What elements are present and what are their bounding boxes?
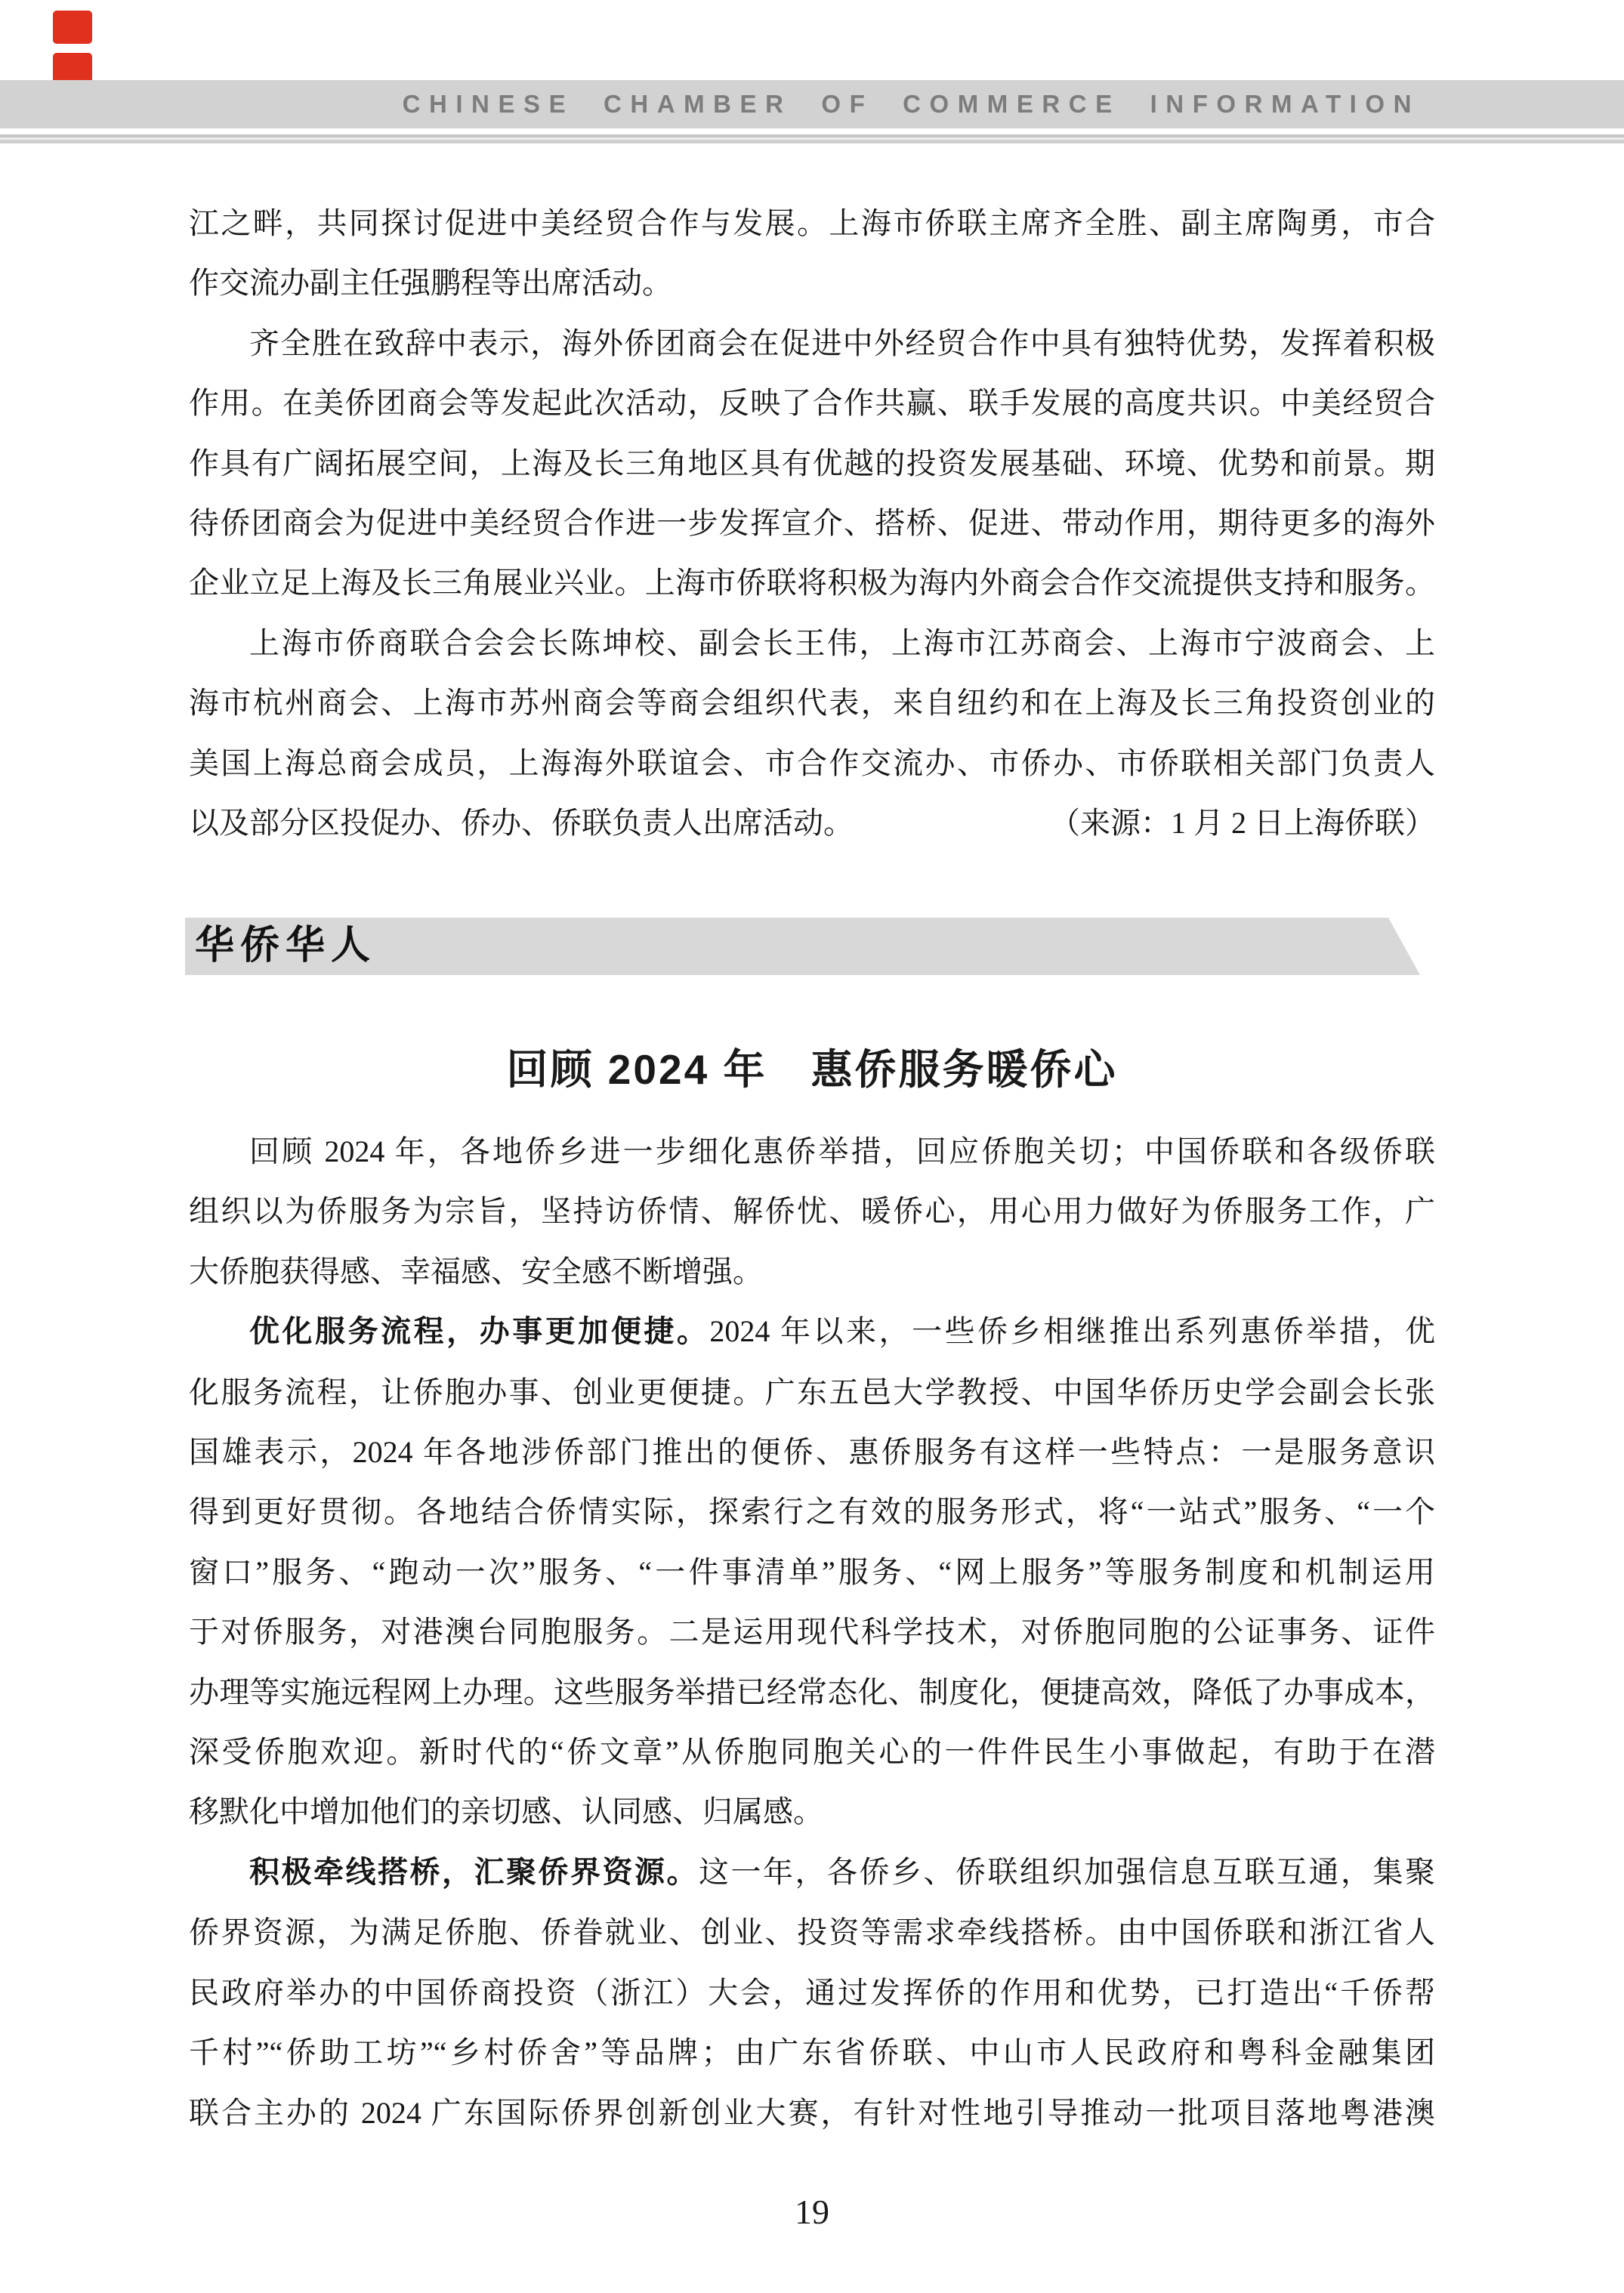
article2-title: 回顾 2024 年 惠侨服务暖侨心 <box>189 1036 1435 1096</box>
text-line: 千村”“侨助工坊”“乡村侨舍”等品牌；由广东省侨联、中山市人民政府和粤科金融集团 <box>189 2023 1435 2082</box>
document-page: CHINESE CHAMBER OF COMMERCE INFORMATION … <box>0 0 1624 2293</box>
text-line: 侨界资源，为满足侨胞、侨眷就业、创业、投资等需求牵线搭桥。由中国侨联和浙江省人 <box>189 1903 1435 1962</box>
text-line: 回顾 2024 年，各地侨乡进一步细化惠侨举措，回应侨胞关切；中国侨联和各级侨联 <box>189 1122 1435 1181</box>
article2-lines: 回顾 2024 年，各地侨乡进一步细化惠侨举措，回应侨胞关切；中国侨联和各级侨联… <box>189 1122 1435 2143</box>
text-line: 齐全胜在致辞中表示，海外侨团商会在促进中外经贸合作中具有独特优势，发挥着积极 <box>189 313 1435 373</box>
text-line: 化服务流程，让侨胞办事、创业更便捷。广东五邑大学教授、中国华侨历史学会副会长张 <box>189 1363 1435 1422</box>
text-line: 上海市侨商联合会会长陈坤校、副会长王伟，上海市江苏商会、上海市宁波商会、上 <box>189 613 1435 673</box>
text-line: 作具有广阔拓展空间，上海及长三角地区具有优越的投资发展基础、环境、优势和前景。期 <box>189 434 1435 493</box>
text-line: 优化服务流程，办事更加便捷。2024 年以来，一些侨乡相继推出系列惠侨举措，优 <box>189 1301 1435 1362</box>
text-line: 待侨团商会为促进中美经贸合作进一步发挥宣介、搭桥、促进、带动作用，期待更多的海外 <box>189 493 1435 553</box>
bold-lead-in: 积极牵线搭桥，汇聚侨界资源。 <box>249 1856 699 1889</box>
text-line: 江之畔，共同探讨促进中美经贸合作与发展。上海市侨联主席齐全胜、副主席陶勇，市合 <box>189 193 1435 253</box>
text-line: 海市杭州商会、上海市苏州商会等商会组织代表，来自纽约和在上海及长三角投资创业的 <box>189 673 1435 733</box>
text-line: 民政府举办的中国侨商投资（浙江）大会，通过发挥侨的作用和优势，已打造出“千侨帮 <box>189 1963 1435 2023</box>
page-number: 19 <box>0 2192 1624 2232</box>
text-line: 窗口”服务、“跑动一次”服务、“一件事清单”服务、“网上服务”等服务制度和机制运… <box>189 1542 1435 1602</box>
header-banner: CHINESE CHAMBER OF COMMERCE INFORMATION <box>0 80 1624 128</box>
text-line: 组织以为侨服务为宗旨，坚持访侨情、解侨忧、暖侨心，用心用力做好为侨服务工作，广 <box>189 1181 1435 1241</box>
text-line: 美国上海总商会成员，上海海外联谊会、市合作交流办、市侨办、市侨联相关部门负责人 <box>189 733 1435 793</box>
red-registration-mark-1 <box>53 11 92 44</box>
bold-lead-in: 优化服务流程，办事更加便捷。 <box>249 1315 709 1348</box>
article1-lines: 江之畔，共同探讨促进中美经贸合作与发展。上海市侨联主席齐全胜、副主席陶勇，市合作… <box>189 193 1435 793</box>
header-banner-text: CHINESE CHAMBER OF COMMERCE INFORMATION <box>403 80 1420 128</box>
text-line: 得到更好贯彻。各地结合侨情实际，探索行之有效的服务形式，将“一站式”服务、“一个 <box>189 1482 1435 1542</box>
article2-body: 回顾 2024 年，各地侨乡进一步细化惠侨举措，回应侨胞关切；中国侨联和各级侨联… <box>189 1122 1435 2143</box>
text-line: 办理等实施远程网上办理。这些服务举措已经常态化、制度化，便捷高效，降低了办事成本… <box>189 1662 1435 1722</box>
text-line: 深受侨胞欢迎。新时代的“侨文章”从侨胞同胞关心的一件件民生小事做起，有助于在潜 <box>189 1722 1435 1782</box>
text-line: 联合主办的 2024 广东国际侨界创新创业大赛，有针对性地引导推动一批项目落地粤… <box>189 2083 1435 2143</box>
header-rule-lines <box>0 134 1624 145</box>
text-line: 大侨胞获得感、幸福感、安全感不断增强。 <box>189 1242 1435 1301</box>
article1-body: 江之畔，共同探讨促进中美经贸合作与发展。上海市侨联主席齐全胜、副主席陶勇，市合作… <box>189 193 1435 853</box>
text-line: 作交流办副主任强鹏程等出席活动。 <box>189 253 1435 313</box>
text-line: 作用。在美侨团商会等发起此次活动，反映了合作共赢、联手发展的高度共识。中美经贸合 <box>189 373 1435 433</box>
article1-source: （来源：1 月 2 日上海侨联） <box>1050 793 1435 853</box>
text-line: 于对侨服务，对港澳台同胞服务。二是运用现代科学技术，对侨胞同胞的公证事务、证件 <box>189 1602 1435 1662</box>
text-line: 国雄表示，2024 年各地涉侨部门推出的便侨、惠侨服务有这样一些特点：一是服务意… <box>189 1422 1435 1482</box>
article1-last-line-text: 以及部分区投促办、侨办、侨联负责人出席活动。 <box>189 793 854 853</box>
section-title: 华侨华人 <box>195 918 376 975</box>
text-line: 积极牵线搭桥，汇聚侨界资源。这一年，各侨乡、侨联组织加强信息互联互通，集聚 <box>189 1842 1435 1903</box>
article1-last-line: 以及部分区投促办、侨办、侨联负责人出席活动。 （来源：1 月 2 日上海侨联） <box>189 793 1435 853</box>
text-line: 企业立足上海及长三角展业兴业。上海市侨联将积极为海内外商会合作交流提供支持和服务… <box>189 553 1435 613</box>
text-line: 移默化中增加他们的亲切感、认同感、归属感。 <box>189 1782 1435 1841</box>
